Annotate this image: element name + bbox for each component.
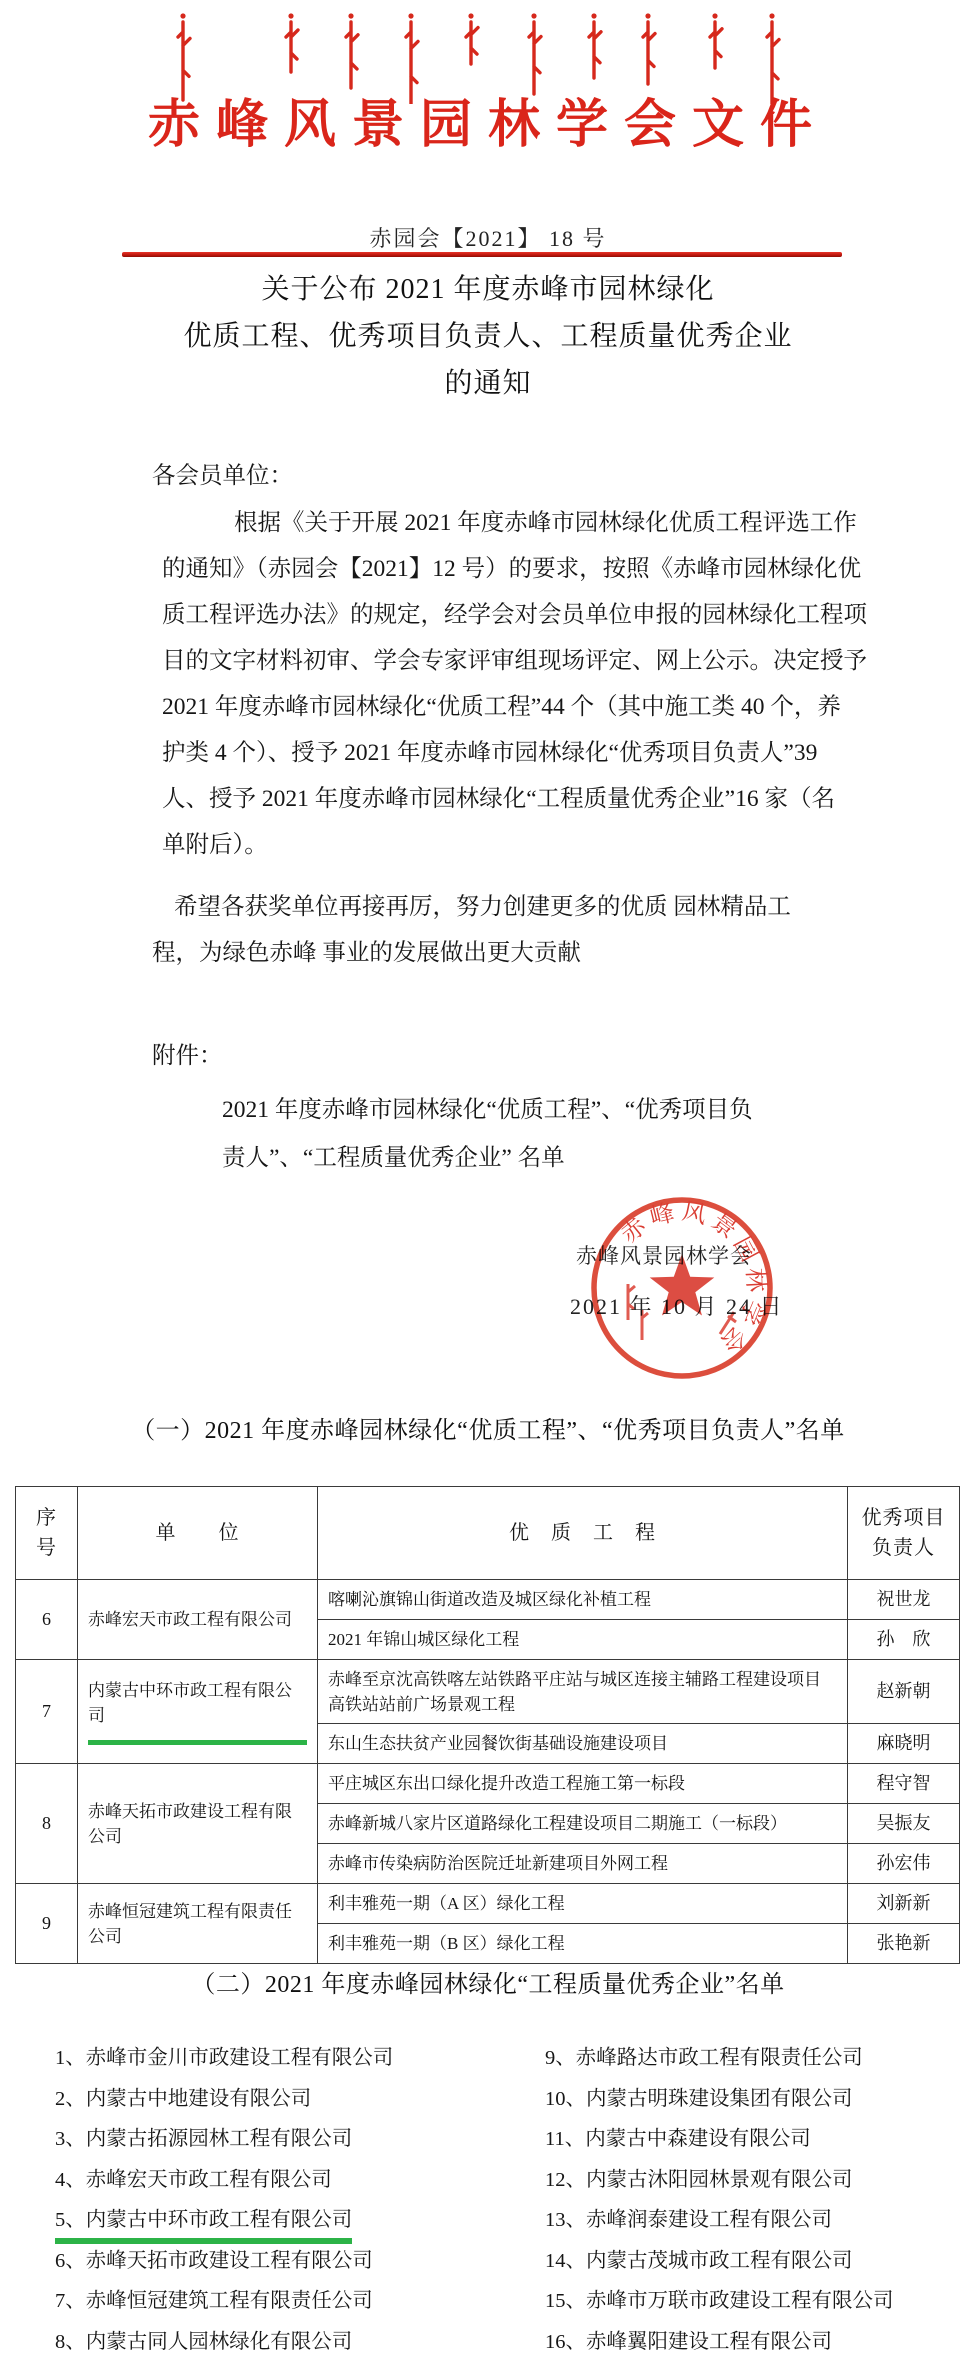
company-name: 1、赤峰市金川市政建设工程有限公司 (55, 2040, 393, 2070)
body-line: 质工程评选办法》的规定，经学会对会员单位申报的园林绿化工程项 (162, 592, 867, 638)
body-line: 护类 4 个）、授予 2021 年度赤峰市园林绿化“优秀项目负责人”39 (162, 730, 867, 776)
cell-project: 赤峰至京沈高铁喀左站铁路平庄站与城区连接主辅路工程建设项目高铁站站前广场景观工程 (318, 1660, 848, 1724)
body-line: 程，为绿色赤峰 事业的发展做出更大贡献 (152, 930, 791, 976)
awards-table: 序号 单 位 优 质 工 程 优秀项目 负责人 6赤峰宏天市政工程有限公司喀喇沁… (15, 1486, 960, 1964)
attachment-title: 2021 年度赤峰市园林绿化“优质工程”、“优秀项目负责人”、“工程质量优秀企业… (222, 1086, 753, 1182)
cell-manager: 程守智 (848, 1764, 960, 1804)
list-item: 15、赤峰市万联市政建设工程有限公司 (545, 2283, 894, 2324)
cell-manager: 孙宏伟 (848, 1844, 960, 1884)
table-row: 7内蒙古中环市政工程有限公司赤峰至京沈高铁喀左站铁路平庄站与城区连接主辅路工程建… (16, 1660, 960, 1724)
cell-company: 赤峰天拓市政建设工程有限公司 (78, 1764, 318, 1884)
body-line: 希望各获奖单位再接再厉，努力创建更多的优质 园林精品工 (152, 884, 791, 930)
header-company: 单 位 (78, 1487, 318, 1580)
section1-heading: （一）2021 年度赤峰园林绿化“优质工程”、“优秀项目负责人”名单 (0, 1410, 976, 1445)
cell-serial-no: 7 (16, 1660, 78, 1764)
body-line: 单附后）。 (162, 822, 867, 868)
list-item: 11、内蒙古中森建设有限公司 (545, 2121, 894, 2162)
body-line: 人、授予 2021 年度赤峰市园林绿化“工程质量优秀企业”16 家（名 (162, 776, 867, 822)
list-item: 13、赤峰润泰建设工程有限公司 (545, 2202, 894, 2243)
cell-manager: 孙 欣 (848, 1620, 960, 1660)
company-name: 13、赤峰润泰建设工程有限公司 (545, 2202, 832, 2232)
cell-project: 利丰雅苑一期（B 区）绿化工程 (318, 1924, 848, 1964)
body-line: 目的文字材料初审、学会专家评审组现场评定、网上公示。决定授予 (162, 638, 867, 684)
cell-company: 赤峰宏天市政工程有限公司 (78, 1580, 318, 1660)
cell-manager: 吴振友 (848, 1804, 960, 1844)
header-manager: 优秀项目 负责人 (848, 1487, 960, 1580)
table-row: 6赤峰宏天市政工程有限公司喀喇沁旗锦山街道改造及城区绿化补植工程祝世龙 (16, 1580, 960, 1620)
list-item: 9、赤峰路达市政工程有限责任公司 (545, 2040, 894, 2081)
cell-serial-no: 9 (16, 1884, 78, 1964)
company-name: 赤峰宏天市政工程有限公司 (88, 1610, 292, 1629)
red-divider (122, 252, 842, 257)
list-item: 10、内蒙古明珠建设集团有限公司 (545, 2081, 894, 2122)
body-line: 的通知》（赤园会【2021】12 号）的要求，按照《赤峰市园林绿化优 (162, 546, 867, 592)
document-page: 赤峰风景园林学会文件 赤园会【2021】 18 号 关于公布 2021 年度赤峰… (0, 0, 976, 2375)
company-name: 12、内蒙古沐阳园林景观有限公司 (545, 2162, 853, 2192)
list-item: 2、内蒙古中地建设有限公司 (55, 2081, 393, 2122)
attachment-line: 2021 年度赤峰市园林绿化“优质工程”、“优秀项目负 (222, 1086, 753, 1134)
notice-title: 关于公布 2021 年度赤峰市园林绿化优质工程、优秀项目负责人、工程质量优秀企业… (0, 266, 976, 407)
cell-manager: 麻晓明 (848, 1724, 960, 1764)
company-list-left: 1、赤峰市金川市政建设工程有限公司2、内蒙古中地建设有限公司3、内蒙古拓源园林工… (55, 2040, 393, 2364)
list-item: 7、赤峰恒冠建筑工程有限责任公司 (55, 2283, 393, 2324)
attachment-line: 责人”、“工程质量优秀企业” 名单 (222, 1134, 753, 1182)
company-list-right: 9、赤峰路达市政工程有限责任公司10、内蒙古明珠建设集团有限公司11、内蒙古中森… (545, 2040, 894, 2364)
cell-serial-no: 6 (16, 1580, 78, 1660)
salutation: 各会员单位： (152, 456, 293, 490)
cell-project: 喀喇沁旗锦山街道改造及城区绿化补植工程 (318, 1580, 848, 1620)
company-name: 2、内蒙古中地建设有限公司 (55, 2081, 311, 2111)
company-name: 赤峰天拓市政建设工程有限公司 (88, 1802, 292, 1846)
table-row: 8赤峰天拓市政建设工程有限公司平庄城区东出口绿化提升改造工程施工第一标段程守智 (16, 1764, 960, 1804)
org-title: 赤峰风景园林学会文件 (0, 90, 976, 162)
cell-company: 内蒙古中环市政工程有限公司 (78, 1660, 318, 1764)
seal-star-icon (650, 1254, 715, 1316)
company-name: 7、赤峰恒冠建筑工程有限责任公司 (55, 2283, 373, 2313)
cell-project: 平庄城区东出口绿化提升改造工程施工第一标段 (318, 1764, 848, 1804)
list-item: 4、赤峰宏天市政工程有限公司 (55, 2162, 393, 2203)
notice-title-line: 的通知 (0, 360, 976, 407)
cell-project: 利丰雅苑一期（A 区）绿化工程 (318, 1884, 848, 1924)
green-underline-list-item: 5、内蒙古中环市政工程有限公司 (55, 2202, 352, 2244)
company-name: 10、内蒙古明珠建设集团有限公司 (545, 2081, 853, 2111)
list-item: 6、赤峰天拓市政建设工程有限公司 (55, 2243, 393, 2284)
notice-title-line: 关于公布 2021 年度赤峰市园林绿化 (0, 266, 976, 313)
body-paragraph-1: 根据《关于开展 2021 年度赤峰市园林绿化优质工程评选工作的通知》（赤园会【2… (162, 500, 867, 868)
list-item: 1、赤峰市金川市政建设工程有限公司 (55, 2040, 393, 2081)
list-item: 5、内蒙古中环市政工程有限公司 (55, 2202, 393, 2243)
cell-project: 东山生态扶贫产业园餐饮街基础设施建设项目 (318, 1724, 848, 1764)
cell-project: 2021 年锦山城区绿化工程 (318, 1620, 848, 1660)
cell-manager: 赵新朝 (848, 1660, 960, 1724)
list-item: 14、内蒙古茂城市政工程有限公司 (545, 2243, 894, 2284)
cell-manager: 刘新新 (848, 1884, 960, 1924)
cell-manager: 张艳新 (848, 1924, 960, 1964)
list-item: 8、内蒙古同人园林绿化有限公司 (55, 2324, 393, 2365)
doc-number: 赤园会【2021】 18 号 (0, 222, 976, 253)
company-name: 赤峰恒冠建筑工程有限责任公司 (88, 1902, 292, 1946)
cell-company: 赤峰恒冠建筑工程有限责任公司 (78, 1884, 318, 1964)
cell-manager: 祝世龙 (848, 1580, 960, 1620)
notice-title-line: 优质工程、优秀项目负责人、工程质量优秀企业 (0, 313, 976, 360)
green-underline-company: 内蒙古中环市政工程有限公司 (88, 1678, 307, 1745)
company-name: 11、内蒙古中森建设有限公司 (545, 2121, 811, 2151)
cell-project: 赤峰新城八家片区道路绿化工程建设项目二期施工（一标段） (318, 1804, 848, 1844)
list-item: 3、内蒙古拓源园林工程有限公司 (55, 2121, 393, 2162)
company-name: 3、内蒙古拓源园林工程有限公司 (55, 2121, 352, 2151)
official-seal: 赤峰风景园林学会 (584, 1192, 780, 1388)
body-paragraph-2: 希望各获奖单位再接再厉，努力创建更多的优质 园林精品工程，为绿色赤峰 事业的发展… (152, 884, 791, 976)
company-name: 15、赤峰市万联市政建设工程有限公司 (545, 2283, 894, 2313)
cell-project: 赤峰市传染病防治医院迁址新建项目外网工程 (318, 1844, 848, 1884)
body-line: 根据《关于开展 2021 年度赤峰市园林绿化优质工程评选工作 (162, 500, 867, 546)
section2-heading: （二）2021 年度赤峰园林绿化“工程质量优秀企业”名单 (0, 1964, 976, 1999)
company-name: 6、赤峰天拓市政建设工程有限公司 (55, 2243, 373, 2273)
table-header-row: 序号 单 位 优 质 工 程 优秀项目 负责人 (16, 1487, 960, 1580)
header-project: 优 质 工 程 (318, 1487, 848, 1580)
header-no: 序号 (16, 1487, 78, 1580)
company-name: 9、赤峰路达市政工程有限责任公司 (545, 2040, 863, 2070)
body-line: 2021 年度赤峰市园林绿化“优质工程”44 个（其中施工类 40 个，养 (162, 684, 867, 730)
table-row: 9赤峰恒冠建筑工程有限责任公司利丰雅苑一期（A 区）绿化工程刘新新 (16, 1884, 960, 1924)
company-name: 16、赤峰翼阳建设工程有限公司 (545, 2324, 832, 2354)
list-item: 16、赤峰翼阳建设工程有限公司 (545, 2324, 894, 2365)
attachment-label: 附件： (152, 1036, 223, 1070)
company-name: 14、内蒙古茂城市政工程有限公司 (545, 2243, 853, 2273)
list-item: 12、内蒙古沐阳园林景观有限公司 (545, 2162, 894, 2203)
cell-serial-no: 8 (16, 1764, 78, 1884)
company-name: 4、赤峰宏天市政工程有限公司 (55, 2162, 332, 2192)
company-name: 8、内蒙古同人园林绿化有限公司 (55, 2324, 352, 2354)
